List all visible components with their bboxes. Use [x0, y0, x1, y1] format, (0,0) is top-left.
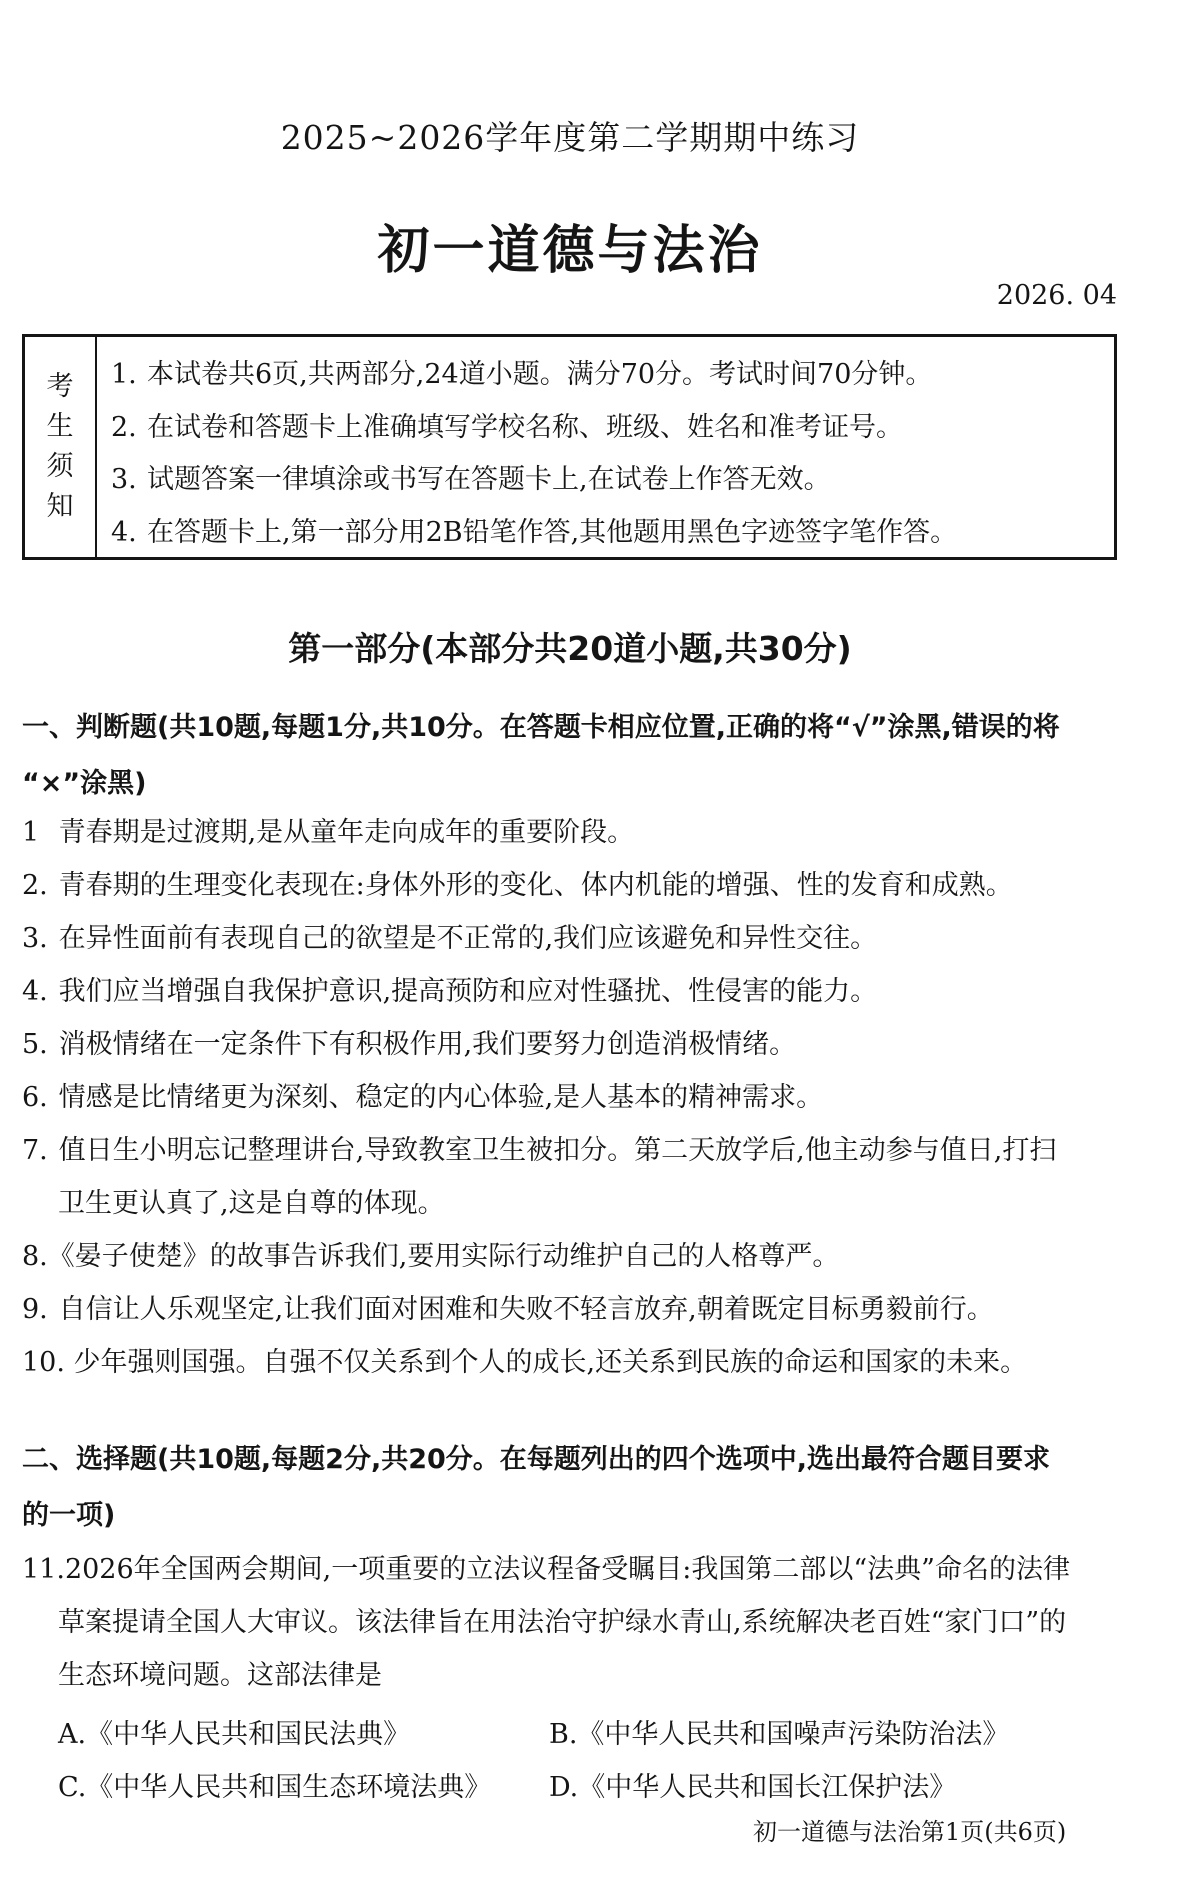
question-number: 11.: [22, 1554, 65, 1585]
question-text: 我们应当增强自我保护意识,提高预防和应对性骚扰、性侵害的能力。: [59, 976, 878, 1007]
question-text: 值日生小明忘记整理讲台,导致教室卫生被扣分。第二天放学后,他主动参与值日,打扫: [59, 1135, 1057, 1166]
exam-title: 初一道德与法治: [0, 208, 1140, 283]
question-10: 10. 少年强则国强。自强不仅关系到个人的成长,还关系到民族的命运和国家的未来。: [22, 1336, 1122, 1389]
notice-item-number: 2.: [111, 408, 147, 448]
question-6: 6. 情感是比情绪更为深刻、稳定的内心体验,是人基本的精神需求。: [22, 1071, 1122, 1124]
notice-label-char: 知: [47, 487, 74, 527]
notice-label-char: 须: [47, 447, 74, 487]
question-number: 7.: [22, 1124, 50, 1177]
question-1: 1 青春期是过渡期,是从童年走向成年的重要阶段。: [22, 806, 1122, 859]
question-4: 4. 我们应当增强自我保护意识,提高预防和应对性骚扰、性侵害的能力。: [22, 965, 1122, 1018]
question-text: 消极情绪在一定条件下有积极作用,我们要努力创造消极情绪。: [59, 1029, 797, 1060]
part-one-heading: 第一部分(本部分共20道小题,共30分): [0, 623, 1140, 670]
section-one-heading-line2: “×”涂黑): [22, 756, 1122, 812]
exam-date: 2026. 04: [997, 280, 1117, 311]
question-5: 5. 消极情绪在一定条件下有积极作用,我们要努力创造消极情绪。: [22, 1018, 1122, 1071]
question-3: 3. 在异性面前有表现自己的欲望是不正常的,我们应该避免和异性交往。: [22, 912, 1122, 965]
question-text: 情感是比情绪更为深刻、稳定的内心体验,是人基本的精神需求。: [59, 1082, 824, 1113]
question-text: 自信让人乐观坚定,让我们面对困难和失败不轻言放弃,朝着既定目标勇毅前行。: [59, 1294, 994, 1325]
question-9: 9. 自信让人乐观坚定,让我们面对困难和失败不轻言放弃,朝着既定目标勇毅前行。: [22, 1283, 1122, 1336]
section-two-heading: 二、选择题(共10题,每题2分,共20分。在每题列出的四个选项中,选出最符合题目…: [22, 1432, 1122, 1544]
question-number: 3.: [22, 912, 50, 965]
notice-item-number: 3.: [111, 460, 147, 500]
question-number: 2.: [22, 859, 50, 912]
section-two-heading-line2: 的一项): [22, 1488, 1122, 1544]
question-text: 在异性面前有表现自己的欲望是不正常的,我们应该避免和异性交往。: [59, 923, 878, 954]
notice-item-text: 试题答案一律填涂或书写在答题卡上,在试卷上作答无效。: [147, 464, 831, 495]
notice-item-number: 4.: [111, 513, 147, 553]
notice-items: 1.本试卷共6页,共两部分,24道小题。满分70分。考试时间70分钟。 2.在试…: [97, 337, 1114, 557]
section-one-heading-line1: 一、判断题(共10题,每题1分,共10分。在答题卡相应位置,正确的将“√”涂黑,…: [22, 700, 1122, 756]
question-text: 青春期是过渡期,是从童年走向成年的重要阶段。: [59, 817, 635, 848]
option-a: A.《中华人民共和国民法典》: [58, 1712, 410, 1751]
option-c: C.《中华人民共和国生态环境法典》: [58, 1765, 491, 1804]
question-2: 2. 青春期的生理变化表现在:身体外形的变化、体内机能的增强、性的发育和成熟。: [22, 859, 1122, 912]
question-number: 10.: [22, 1336, 65, 1389]
question-text-continuation: 卫生更认真了,这是自尊的体现。: [22, 1177, 1122, 1230]
question-number: 1: [22, 806, 50, 859]
question-text-continuation: 草案提请全国人大审议。该法律旨在用法治守护绿水青山,系统解决老百姓“家门口”的: [22, 1596, 1122, 1649]
section-two-heading-line1: 二、选择题(共10题,每题2分,共20分。在每题列出的四个选项中,选出最符合题目…: [22, 1432, 1122, 1488]
question-number: 5.: [22, 1018, 50, 1071]
question-7: 7. 值日生小明忘记整理讲台,导致教室卫生被扣分。第二天放学后,他主动参与值日,…: [22, 1124, 1122, 1230]
notice-item-text: 在答题卡上,第一部分用2B铅笔作答,其他题用黑色字迹签字笔作答。: [147, 517, 957, 548]
notice-item-text: 在试卷和答题卡上准确填写学校名称、班级、姓名和准考证号。: [147, 412, 903, 443]
question-number: 9.: [22, 1283, 50, 1336]
notice-item: 2.在试卷和答题卡上准确填写学校名称、班级、姓名和准考证号。: [111, 408, 1114, 461]
option-b: B.《中华人民共和国噪声污染防治法》: [549, 1712, 1009, 1751]
option-d: D.《中华人民共和国长江保护法》: [549, 1765, 956, 1804]
notice-item-number: 1.: [111, 355, 147, 395]
page-footer: 初一道德与法治第1页(共6页): [753, 1812, 1066, 1847]
notice-label: 考 生 须 知: [25, 337, 97, 557]
section-one-heading: 一、判断题(共10题,每题1分,共10分。在答题卡相应位置,正确的将“√”涂黑,…: [22, 700, 1122, 812]
question-text: 2026年全国两会期间,一项重要的立法议程备受瞩目:我国第二部以“法典”命名的法…: [65, 1554, 1070, 1585]
question-number: 6.: [22, 1071, 50, 1124]
notice-label-char: 生: [47, 407, 74, 447]
question-number: 4.: [22, 965, 50, 1018]
question-text: 少年强则国强。自强不仅关系到个人的成长,还关系到民族的命运和国家的未来。: [74, 1347, 1028, 1378]
candidate-notice-box: 考 生 须 知 1.本试卷共6页,共两部分,24道小题。满分70分。考试时间70…: [22, 334, 1117, 560]
question-number: 8.: [22, 1241, 48, 1272]
notice-item: 1.本试卷共6页,共两部分,24道小题。满分70分。考试时间70分钟。: [111, 355, 1114, 408]
question-8: 8.《晏子使楚》的故事告诉我们,要用实际行动维护自己的人格尊严。: [22, 1230, 1122, 1283]
notice-label-char: 考: [47, 367, 74, 407]
exam-subtitle: 2025~2026学年度第二学期期中练习: [0, 112, 1140, 159]
notice-item-text: 本试卷共6页,共两部分,24道小题。满分70分。考试时间70分钟。: [147, 359, 932, 390]
question-text-continuation: 生态环境问题。这部法律是: [22, 1649, 1122, 1702]
question-text: 《晏子使楚》的故事告诉我们,要用实际行动维护自己的人格尊严。: [48, 1241, 840, 1272]
notice-item: 4.在答题卡上,第一部分用2B铅笔作答,其他题用黑色字迹签字笔作答。: [111, 513, 1114, 566]
notice-item: 3.试题答案一律填涂或书写在答题卡上,在试卷上作答无效。: [111, 460, 1114, 513]
question-11: 11.2026年全国两会期间,一项重要的立法议程备受瞩目:我国第二部以“法典”命…: [22, 1543, 1122, 1702]
question-text: 青春期的生理变化表现在:身体外形的变化、体内机能的增强、性的发育和成熟。: [59, 870, 1013, 901]
